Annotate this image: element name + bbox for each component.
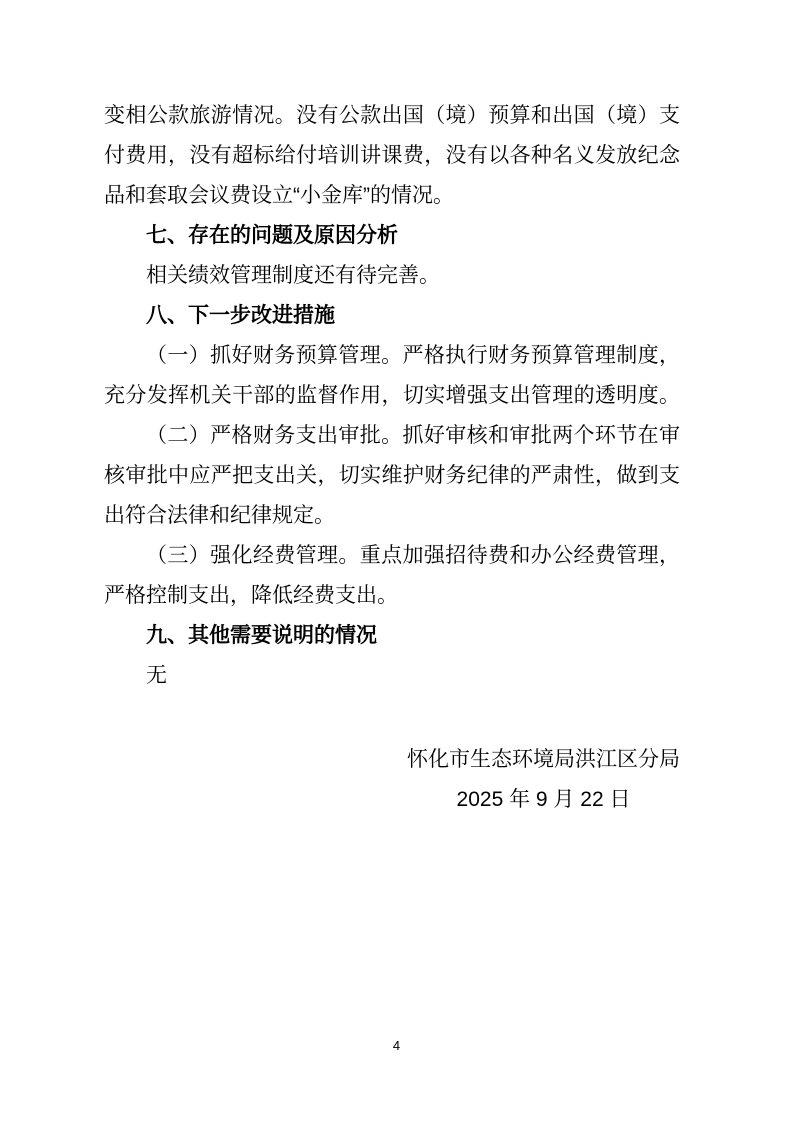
section-heading-8: 八、下一步改进措施 (104, 296, 680, 336)
signature-date: 2025 年 9 月 22 日 (407, 780, 680, 820)
section-heading-7: 七、存在的问题及原因分析 (104, 216, 680, 256)
signature-block: 怀化市生态环境局洪江区分局 2025 年 9 月 22 日 (407, 740, 680, 820)
signature-organization: 怀化市生态环境局洪江区分局 (407, 740, 680, 780)
body-text-line: 变相公款旅游情况。没有公款出国（境）预算和出国（境）支 (104, 96, 680, 136)
body-text-line: 付费用，没有超标给付培训讲课费，没有以各种名义发放纪念 (104, 136, 680, 176)
body-text-line: （一）抓好财务预算管理。严格执行财务预算管理制度， (104, 336, 680, 376)
section-heading-9: 九、其他需要说明的情况 (104, 616, 680, 656)
body-text-line: 品和套取会议费设立“小金库”的情况。 (104, 176, 680, 216)
body-text-line: 出符合法律和纪律规定。 (104, 496, 680, 536)
body-text-line: 核审批中应严把支出关，切实维护财务纪律的严肃性，做到支 (104, 456, 680, 496)
body-text-line: 无 (104, 656, 680, 696)
body-text-line: 充分发挥机关干部的监督作用，切实增强支出管理的透明度。 (104, 376, 680, 416)
body-text-line: （二）严格财务支出审批。抓好审核和审批两个环节在审 (104, 416, 680, 456)
body-text-line: 相关绩效管理制度还有待完善。 (104, 256, 680, 296)
body-text-line: 严格控制支出，降低经费支出。 (104, 576, 680, 616)
document-page: 变相公款旅游情况。没有公款出国（境）预算和出国（境）支 付费用，没有超标给付培训… (0, 0, 793, 1122)
document-body: 变相公款旅游情况。没有公款出国（境）预算和出国（境）支 付费用，没有超标给付培训… (104, 96, 680, 696)
body-text-line: （三）强化经费管理。重点加强招待费和办公经费管理， (104, 536, 680, 576)
page-number: 4 (0, 1038, 793, 1053)
